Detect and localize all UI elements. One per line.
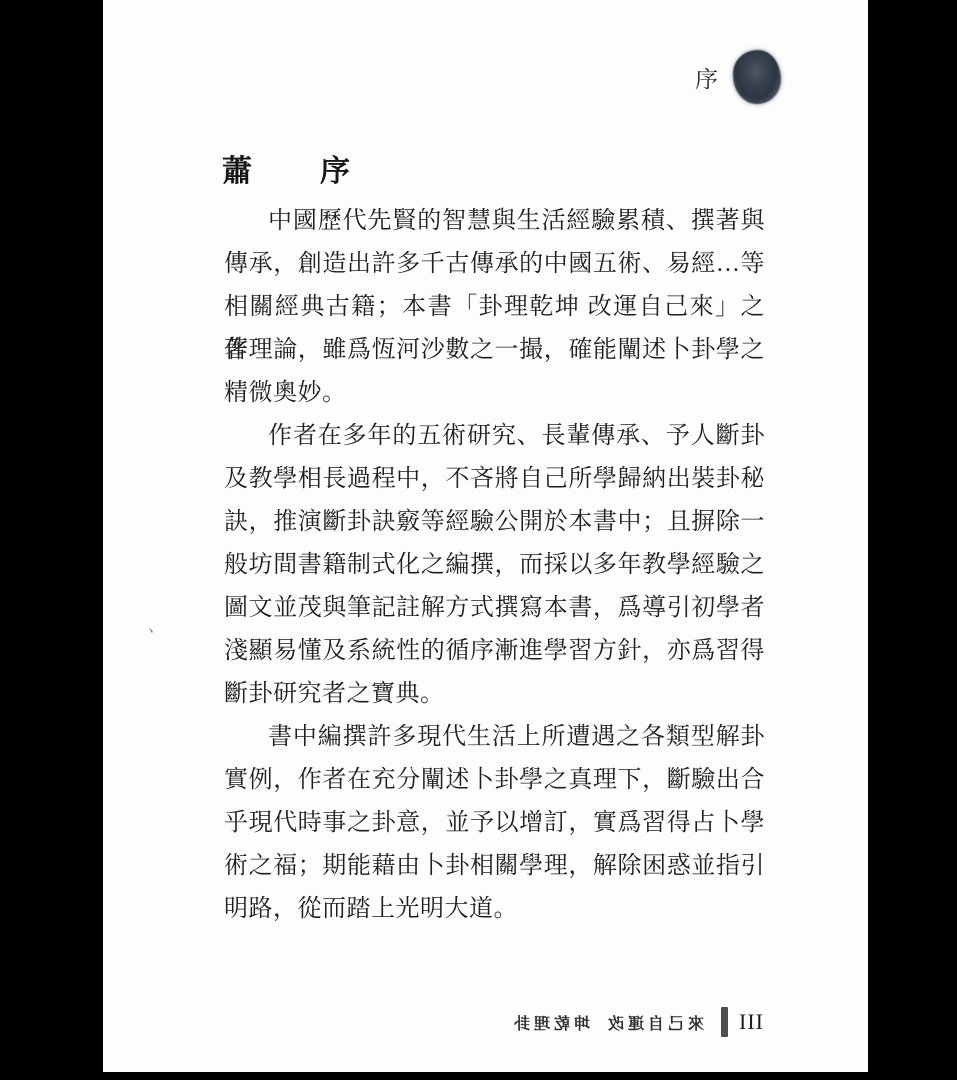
mirrored-glyph: 己 <box>668 1011 684 1034</box>
book-page: 序 蕭 序 中國歷代先賢的智慧與生活經驗累積、撰著與傳承，創造出許多千古傳承的中… <box>103 0 868 1072</box>
mirrored-glyph: 乾 <box>554 1011 570 1034</box>
preface-title-label: 序 <box>320 146 350 190</box>
text-line: 圖文並茂與筆記註解方式撰寫本書，爲導引初學者 <box>224 587 765 630</box>
mirrored-glyph: 坤 <box>574 1011 590 1034</box>
footer-divider-bar <box>721 1007 728 1037</box>
preface-title-surname: 蕭 <box>222 146 252 190</box>
page-footer: 卦理乾坤 改運自己來 III <box>103 1000 868 1044</box>
body-text: 中國歷代先賢的智慧與生活經驗累積、撰著與傳承，創造出許多千古傳承的中國五術、易經… <box>224 200 765 931</box>
text-line: 傳承，創造出許多千古傳承的中國五術、易經…等 <box>224 243 765 286</box>
text-line: 及教學相長過程中，不吝將自己所學歸納出裝卦秘 <box>224 458 765 501</box>
text-line: 般坊間書籍制式化之編撰，而採以多年教學經驗之 <box>224 544 765 587</box>
section-corner-label: 序 <box>695 61 718 94</box>
ink-stone-blob-icon <box>733 50 781 104</box>
preface-title: 蕭 序 <box>222 146 350 190</box>
mirrored-glyph: 改 <box>608 1011 624 1034</box>
mirrored-glyph: 自 <box>648 1011 664 1034</box>
text-line: 乎現代時事之卦意，並予以增訂，實爲習得占卜學 <box>224 802 765 845</box>
stray-pencil-mark: 、 <box>147 613 166 638</box>
page-header: 序 <box>695 50 781 104</box>
running-title-part2-mirrored: 改運自己來 <box>606 1011 706 1034</box>
text-line: 淺顯易懂及系統性的循序漸進學習方針，亦爲習得 <box>224 630 765 673</box>
scan-background: 序 蕭 序 中國歷代先賢的智慧與生活經驗累積、撰著與傳承，創造出許多千古傳承的中… <box>0 0 957 1080</box>
mirrored-glyph: 卦 <box>514 1011 530 1034</box>
running-title-part1-mirrored: 卦理乾坤 <box>512 1011 592 1034</box>
text-line: 作者在多年的五術研究、長輩傳承、予人斷卦 <box>224 415 765 458</box>
text-line: 斷卦研究者之寶典。 <box>224 673 765 716</box>
text-line: 相關經典古籍；本書「卦理乾坤 改運自己來」之著 <box>224 286 765 329</box>
mirrored-glyph: 理 <box>534 1011 550 1034</box>
text-line: 書中編撰許多現代生活上所遭遇之各類型解卦 <box>224 716 765 759</box>
text-line: 術之福；期能藉由卜卦相關學理，解除困惑並指引 <box>224 845 765 888</box>
page-number: III <box>739 1009 764 1035</box>
text-line: 明路，從而踏上光明大道。 <box>224 888 765 931</box>
text-line: 實例，作者在充分闡述卜卦學之真理下，斷驗出合 <box>224 759 765 802</box>
text-line: 中國歷代先賢的智慧與生活經驗累積、撰著與 <box>224 200 765 243</box>
text-line: 作理論，雖爲恆河沙數之一撮，確能闡述卜卦學之 <box>224 329 765 372</box>
text-line: 訣，推演斷卦訣竅等經驗公開於本書中；且摒除一 <box>224 501 765 544</box>
text-line: 精微奧妙。 <box>224 372 765 415</box>
mirrored-glyph: 運 <box>628 1011 644 1034</box>
mirrored-glyph: 來 <box>688 1011 704 1034</box>
